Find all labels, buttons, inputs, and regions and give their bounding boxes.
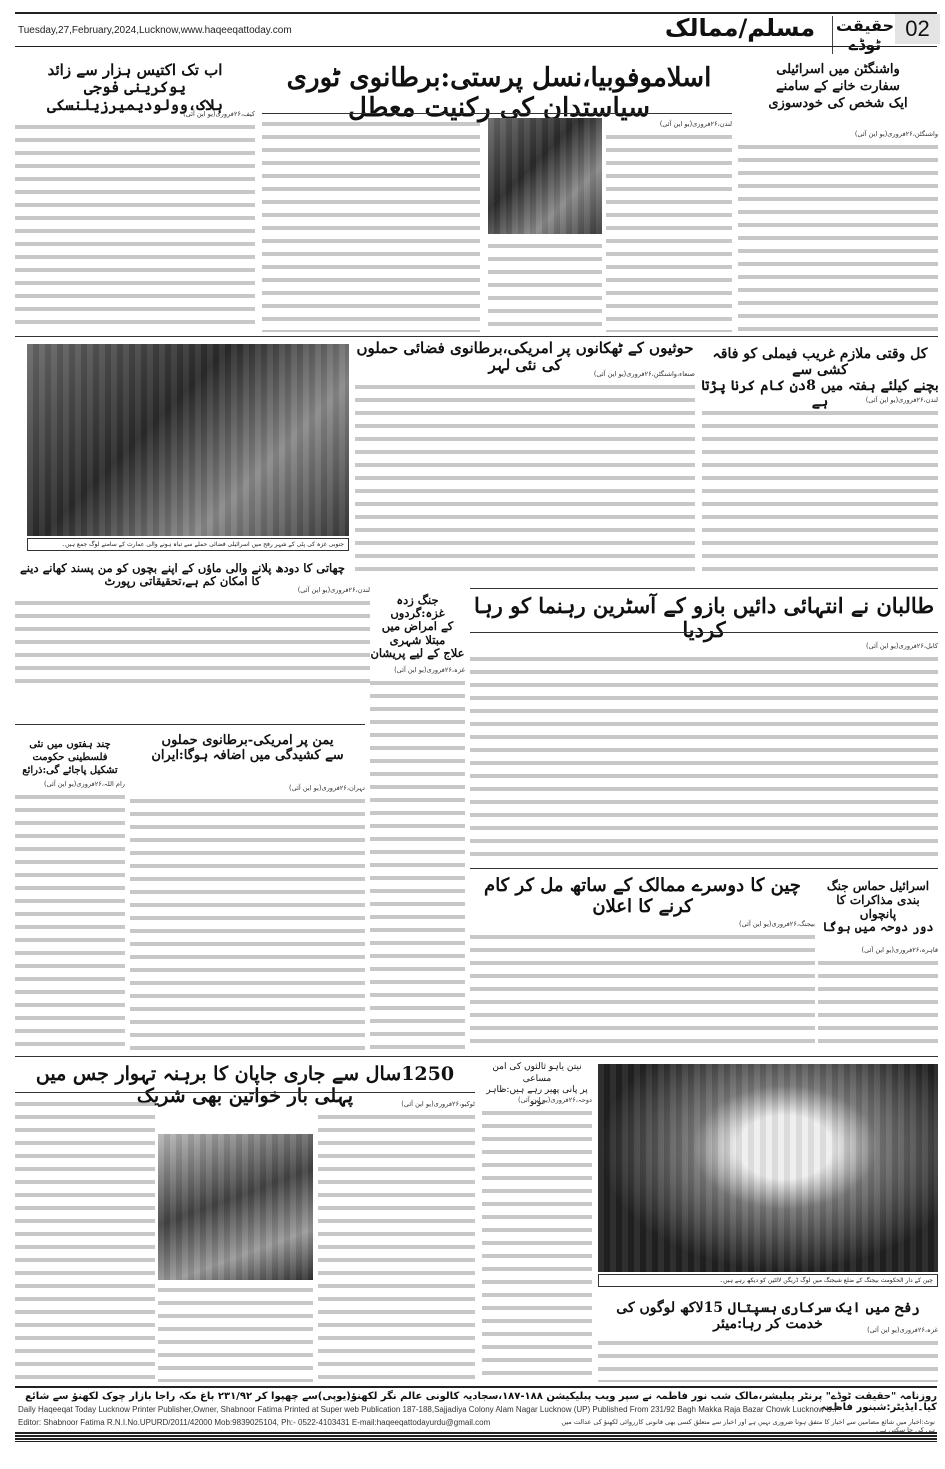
headline-netanyahu-1: نیتن یاہو ثالثوں کی امن مساعی <box>482 1062 592 1085</box>
body-taliban: کابل،۲۶فروری(یو این آئی) <box>470 640 938 862</box>
text-lines <box>598 1337 938 1382</box>
dateline-yemen: تہران،۲۶فروری(یو این آئی) <box>289 784 365 792</box>
headline-washington-2: سفارت خانے کے سامنے <box>738 79 938 96</box>
article-ceasefire: اسرائیل حماس جنگ بندی مذاکرات کا پانچواں… <box>818 880 938 935</box>
headline-gaza-patients-2: کے امراض میں مبتلا شہری <box>370 620 465 646</box>
body-japan-b <box>158 1284 313 1382</box>
section-title: مسلم/ممالک <box>655 14 825 42</box>
text-lines <box>370 677 465 1049</box>
body-lead-a <box>262 118 480 332</box>
text-lines <box>355 381 695 580</box>
text-lines <box>15 1098 155 1382</box>
photo-lead-politician <box>488 118 602 234</box>
body-china: بیجنگ،۲۶فروری(یو این آئی) <box>470 918 815 1050</box>
japan-rule <box>15 1092 475 1093</box>
dateline-ceasefire: قاہرہ،۲۶فروری(یو این آئی) <box>862 946 939 954</box>
headline-taliban: طالبان نے انتہائی دائیں بازو کے آسٹرین ر… <box>470 594 938 642</box>
headline-ceasefire-2: بندی مذاکرات کا پانچواں <box>818 894 938 922</box>
photo-japan-festival <box>158 1134 313 1280</box>
dateline-washington: واشنگٹن،۲۶فروری(یو این آئی) <box>855 130 938 138</box>
text-lines <box>318 1111 475 1382</box>
dateline-rafah-hospital: غزہ،۲۶فروری(یو این آئی) <box>867 1326 938 1334</box>
section-rule-4 <box>470 868 938 869</box>
text-lines <box>158 1284 313 1382</box>
text-lines <box>130 795 365 1050</box>
section-rule-5 <box>15 1056 938 1057</box>
photo-china-dragon-lantern <box>598 1064 938 1272</box>
article-washington: واشنگٹن میں اسرائیلی سفارت خانے کے سامنے… <box>738 62 938 113</box>
footer-bars <box>15 1432 937 1442</box>
body-ceasefire: قاہرہ،۲۶فروری(یو این آئی) <box>818 944 938 1050</box>
caption-gaza-photo: جنوبی غزہ کی پٹی کے شہر رفح میں اسرائیلی… <box>27 538 349 551</box>
dateline-ukraine: کیف،۲۶فروری(یو این آئی) <box>183 110 255 118</box>
footer-top-rule <box>15 1386 937 1388</box>
date-line: Tuesday,27,February,2024,Lucknow,www.haq… <box>18 25 292 36</box>
section-rule-2 <box>470 588 938 589</box>
headline-ceasefire-3: دور دوحہ میں ہوگا <box>818 921 938 935</box>
body-lead-c: لندن،۲۶فروری(یو این آئی) <box>606 118 732 332</box>
body-houthi: صنعاء،واشنگٹن،۲۶فروری(یو این آئی) <box>355 368 695 580</box>
body-gaza-patients: غزہ،۲۶فروری(یو این آئی) <box>370 664 465 1049</box>
headline-china: چین کا دوسرے ممالک کے ساتھ مل کر کام کرن… <box>470 876 815 917</box>
footer-english-imprint: Daily Haqeeqat Today Lucknow Printer Pub… <box>18 1405 840 1414</box>
section-rule-3 <box>15 724 365 725</box>
body-rafah-hospital: غزہ،۲۶فروری(یو این آئی) <box>598 1324 938 1382</box>
dateline-china: بیجنگ،۲۶فروری(یو این آئی) <box>739 920 815 928</box>
headline-ceasefire-1: اسرائیل حماس جنگ <box>818 880 938 894</box>
article-palestine-govt: چند ہفتوں میں نئی فلسطینی حکومت تشکیل پا… <box>15 738 125 777</box>
body-yemen: تہران،۲۶فروری(یو این آئی) <box>130 782 365 1050</box>
headline-yemen-2: سے کشیدگی میں اضافہ ہوگا:ایران <box>130 749 365 764</box>
body-japan-a <box>15 1098 155 1382</box>
text-lines <box>15 597 370 684</box>
caption-china-photo: چین کے دار الحکومت بیجنگ کے ضلع شیجنگ می… <box>598 1274 938 1287</box>
footer-editor-line: Editor: Shabnoor Fatima R.N.I.No.UPURD/2… <box>18 1418 490 1427</box>
headline-washington-1: واشنگٹن میں اسرائیلی <box>738 62 938 79</box>
body-palestine-govt: رام اللہ،۲۶فروری(یو این آئی) <box>15 778 125 1050</box>
photo-gaza-rafah <box>27 344 349 536</box>
dateline-japan: ٹوکیو،۲۶فروری(یو این آئی) <box>401 1100 475 1108</box>
headline-palestine-govt-1: چند ہفتوں میں نئی فلسطینی حکومت <box>15 738 125 764</box>
body-japan-c: ٹوکیو،۲۶فروری(یو این آئی) <box>318 1098 475 1382</box>
article-ukraine: اب تک اکتیس ہزار سے زائد یوکرینی فوجی ہل… <box>15 62 255 114</box>
section-rule-1 <box>15 336 938 337</box>
body-uk-work: لندن،۲۶فروری(یو این آئی) <box>702 394 938 580</box>
headline-gaza-patients-3: علاج کے لیے پریشان <box>370 647 465 660</box>
headline-uk-work-1: کل وقتی ملازم غریب فیملی کو فاقہ کشی سے <box>700 346 940 378</box>
text-lines <box>15 121 255 330</box>
dateline-netanyahu: دوحہ،۲۶فروری(یو این آئی) <box>518 1096 592 1104</box>
body-netanyahu: دوحہ،۲۶فروری(یو این آئی) <box>482 1094 592 1382</box>
dateline-taliban: کابل،۲۶فروری(یو این آئی) <box>866 642 938 650</box>
headline-ukraine-1: اب تک اکتیس ہزار سے زائد <box>15 62 255 79</box>
headline-yemen-1: یمن پر امریکی-برطانوی حملوں <box>130 734 365 749</box>
body-washington: واشنگٹن،۲۶فروری(یو این آئی) <box>738 128 938 333</box>
text-lines <box>488 240 602 332</box>
page-number: 02 <box>895 14 940 44</box>
dateline-palestine-govt: رام اللہ،۲۶فروری(یو این آئی) <box>44 780 125 788</box>
headline-gaza-patients-1: جنگ زدہ غزہ:گردوں <box>370 594 465 620</box>
text-lines <box>818 957 938 1050</box>
article-yemen: یمن پر امریکی-برطانوی حملوں سے کشیدگی می… <box>130 734 365 764</box>
dateline-gaza-patients: غزہ،۲۶فروری(یو این آئی) <box>394 666 465 674</box>
taliban-rule <box>470 632 938 633</box>
article-gaza-patients: جنگ زدہ غزہ:گردوں کے امراض میں مبتلا شہر… <box>370 594 465 660</box>
body-breastfeeding: لندن،۲۶فروری(یو این آئی) <box>15 584 370 684</box>
headline-palestine-govt-2: تشکیل پاجائے گی:ذرائع <box>15 764 125 777</box>
body-lead-b <box>488 240 602 332</box>
paper-logo: حقیقت ٹوڈے <box>832 16 895 54</box>
dateline-breastfeeding: لندن،۲۶فروری(یو این آئی) <box>298 586 370 594</box>
headline-washington-3: ایک شخص کی خودسوزی <box>738 96 938 113</box>
dateline-lead: لندن،۲۶فروری(یو این آئی) <box>660 120 732 128</box>
headline-lead: اسلاموفوبیا،نسل پرستی:برطانوی ٹوری سیاست… <box>268 64 730 124</box>
dateline-houthi: صنعاء،واشنگٹن،۲۶فروری(یو این آئی) <box>594 370 695 378</box>
body-ukraine: کیف،۲۶فروری(یو این آئی) <box>15 108 255 330</box>
text-lines <box>262 118 480 332</box>
dateline-uk-work: لندن،۲۶فروری(یو این آئی) <box>866 396 938 404</box>
lead-rule <box>262 113 732 114</box>
text-lines <box>482 1107 592 1382</box>
text-lines <box>15 791 125 1050</box>
text-lines <box>470 931 815 1050</box>
masthead-bottom-rule <box>15 46 937 47</box>
text-lines <box>738 141 938 333</box>
text-lines <box>606 131 732 332</box>
text-lines <box>702 407 938 580</box>
text-lines <box>470 653 938 862</box>
